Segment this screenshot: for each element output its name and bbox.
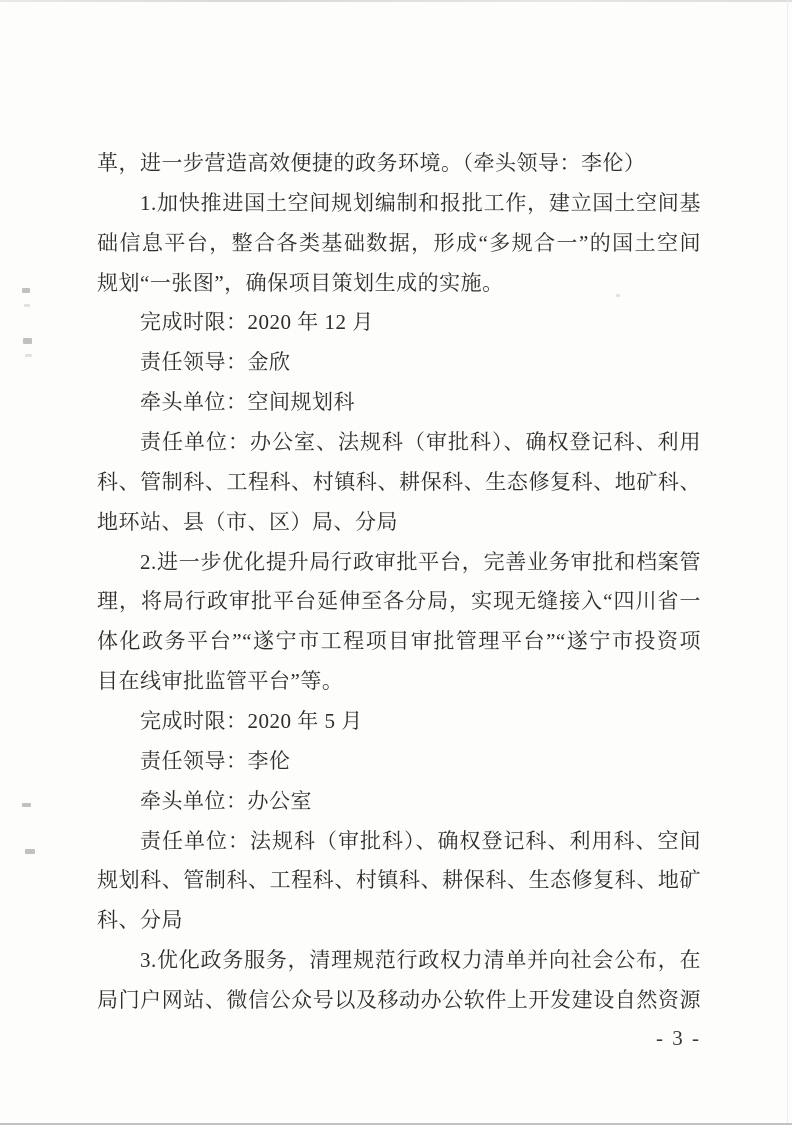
- doc-line: 规划科、管制科、工程科、村镇科、耕保科、生态修复科、地矿: [97, 861, 701, 901]
- scan-speck: [24, 304, 30, 307]
- scan-speck: [25, 354, 32, 357]
- doc-line: 目在线审批监管平台”等。: [97, 662, 701, 702]
- doc-line: 牵头单位：空间规划科: [97, 383, 701, 423]
- doc-line: 科、分局: [97, 901, 701, 941]
- doc-line: 完成时限：2020 年 5 月: [97, 702, 701, 742]
- doc-line: 牵头单位：办公室: [97, 782, 701, 822]
- scan-edge-top: [0, 0, 792, 2]
- doc-line: 1.加快推进国土空间规划编制和报批工作，建立国土空间基: [97, 184, 701, 224]
- doc-line: 2.进一步优化提升局行政审批平台，完善业务审批和档案管: [97, 543, 701, 583]
- doc-line: 理，将局行政审批平台延伸至各分局，实现无缝接入“四川省一: [97, 582, 701, 622]
- doc-line: 责任领导：李伦: [97, 742, 701, 782]
- doc-line: 完成时限：2020 年 12 月: [97, 303, 701, 343]
- scan-speck: [22, 803, 31, 807]
- doc-line: 地环站、县（市、区）局、分局: [97, 503, 701, 543]
- scan-speck: [25, 849, 35, 854]
- doc-line: 础信息平台，整合各类基础数据，形成“多规合一”的国土空间: [97, 224, 701, 264]
- doc-line: 责任单位：办公室、法规科（审批科）、确权登记科、利用: [97, 423, 701, 463]
- doc-line: 革，进一步营造高效便捷的政务环境。（牵头领导：李伦）: [97, 144, 701, 184]
- scan-speck: [23, 338, 32, 344]
- doc-line: 科、管制科、工程科、村镇科、耕保科、生态修复科、地矿科、: [97, 463, 701, 503]
- page-number: - 3 -: [656, 1018, 701, 1058]
- doc-line: 责任领导：金欣: [97, 343, 701, 383]
- doc-line: 3.优化政务服务，清理规范行政权力清单并向社会公布，在: [97, 941, 701, 981]
- scan-speck: [22, 288, 30, 293]
- doc-line: 责任单位：法规科（审批科）、确权登记科、利用科、空间: [97, 822, 701, 862]
- doc-line: 规划“一张图”，确保项目策划生成的实施。: [97, 264, 701, 304]
- document-body: 革，进一步营造高效便捷的政务环境。（牵头领导：李伦） 1.加快推进国土空间规划编…: [97, 144, 701, 1021]
- doc-line: 局门户网站、微信公众号以及移动办公软件上开发建设自然资源: [97, 981, 701, 1021]
- scan-edge-right: [787, 0, 788, 1125]
- doc-line: 体化政务平台”“遂宁市工程项目审批管理平台”“遂宁市投资项: [97, 622, 701, 662]
